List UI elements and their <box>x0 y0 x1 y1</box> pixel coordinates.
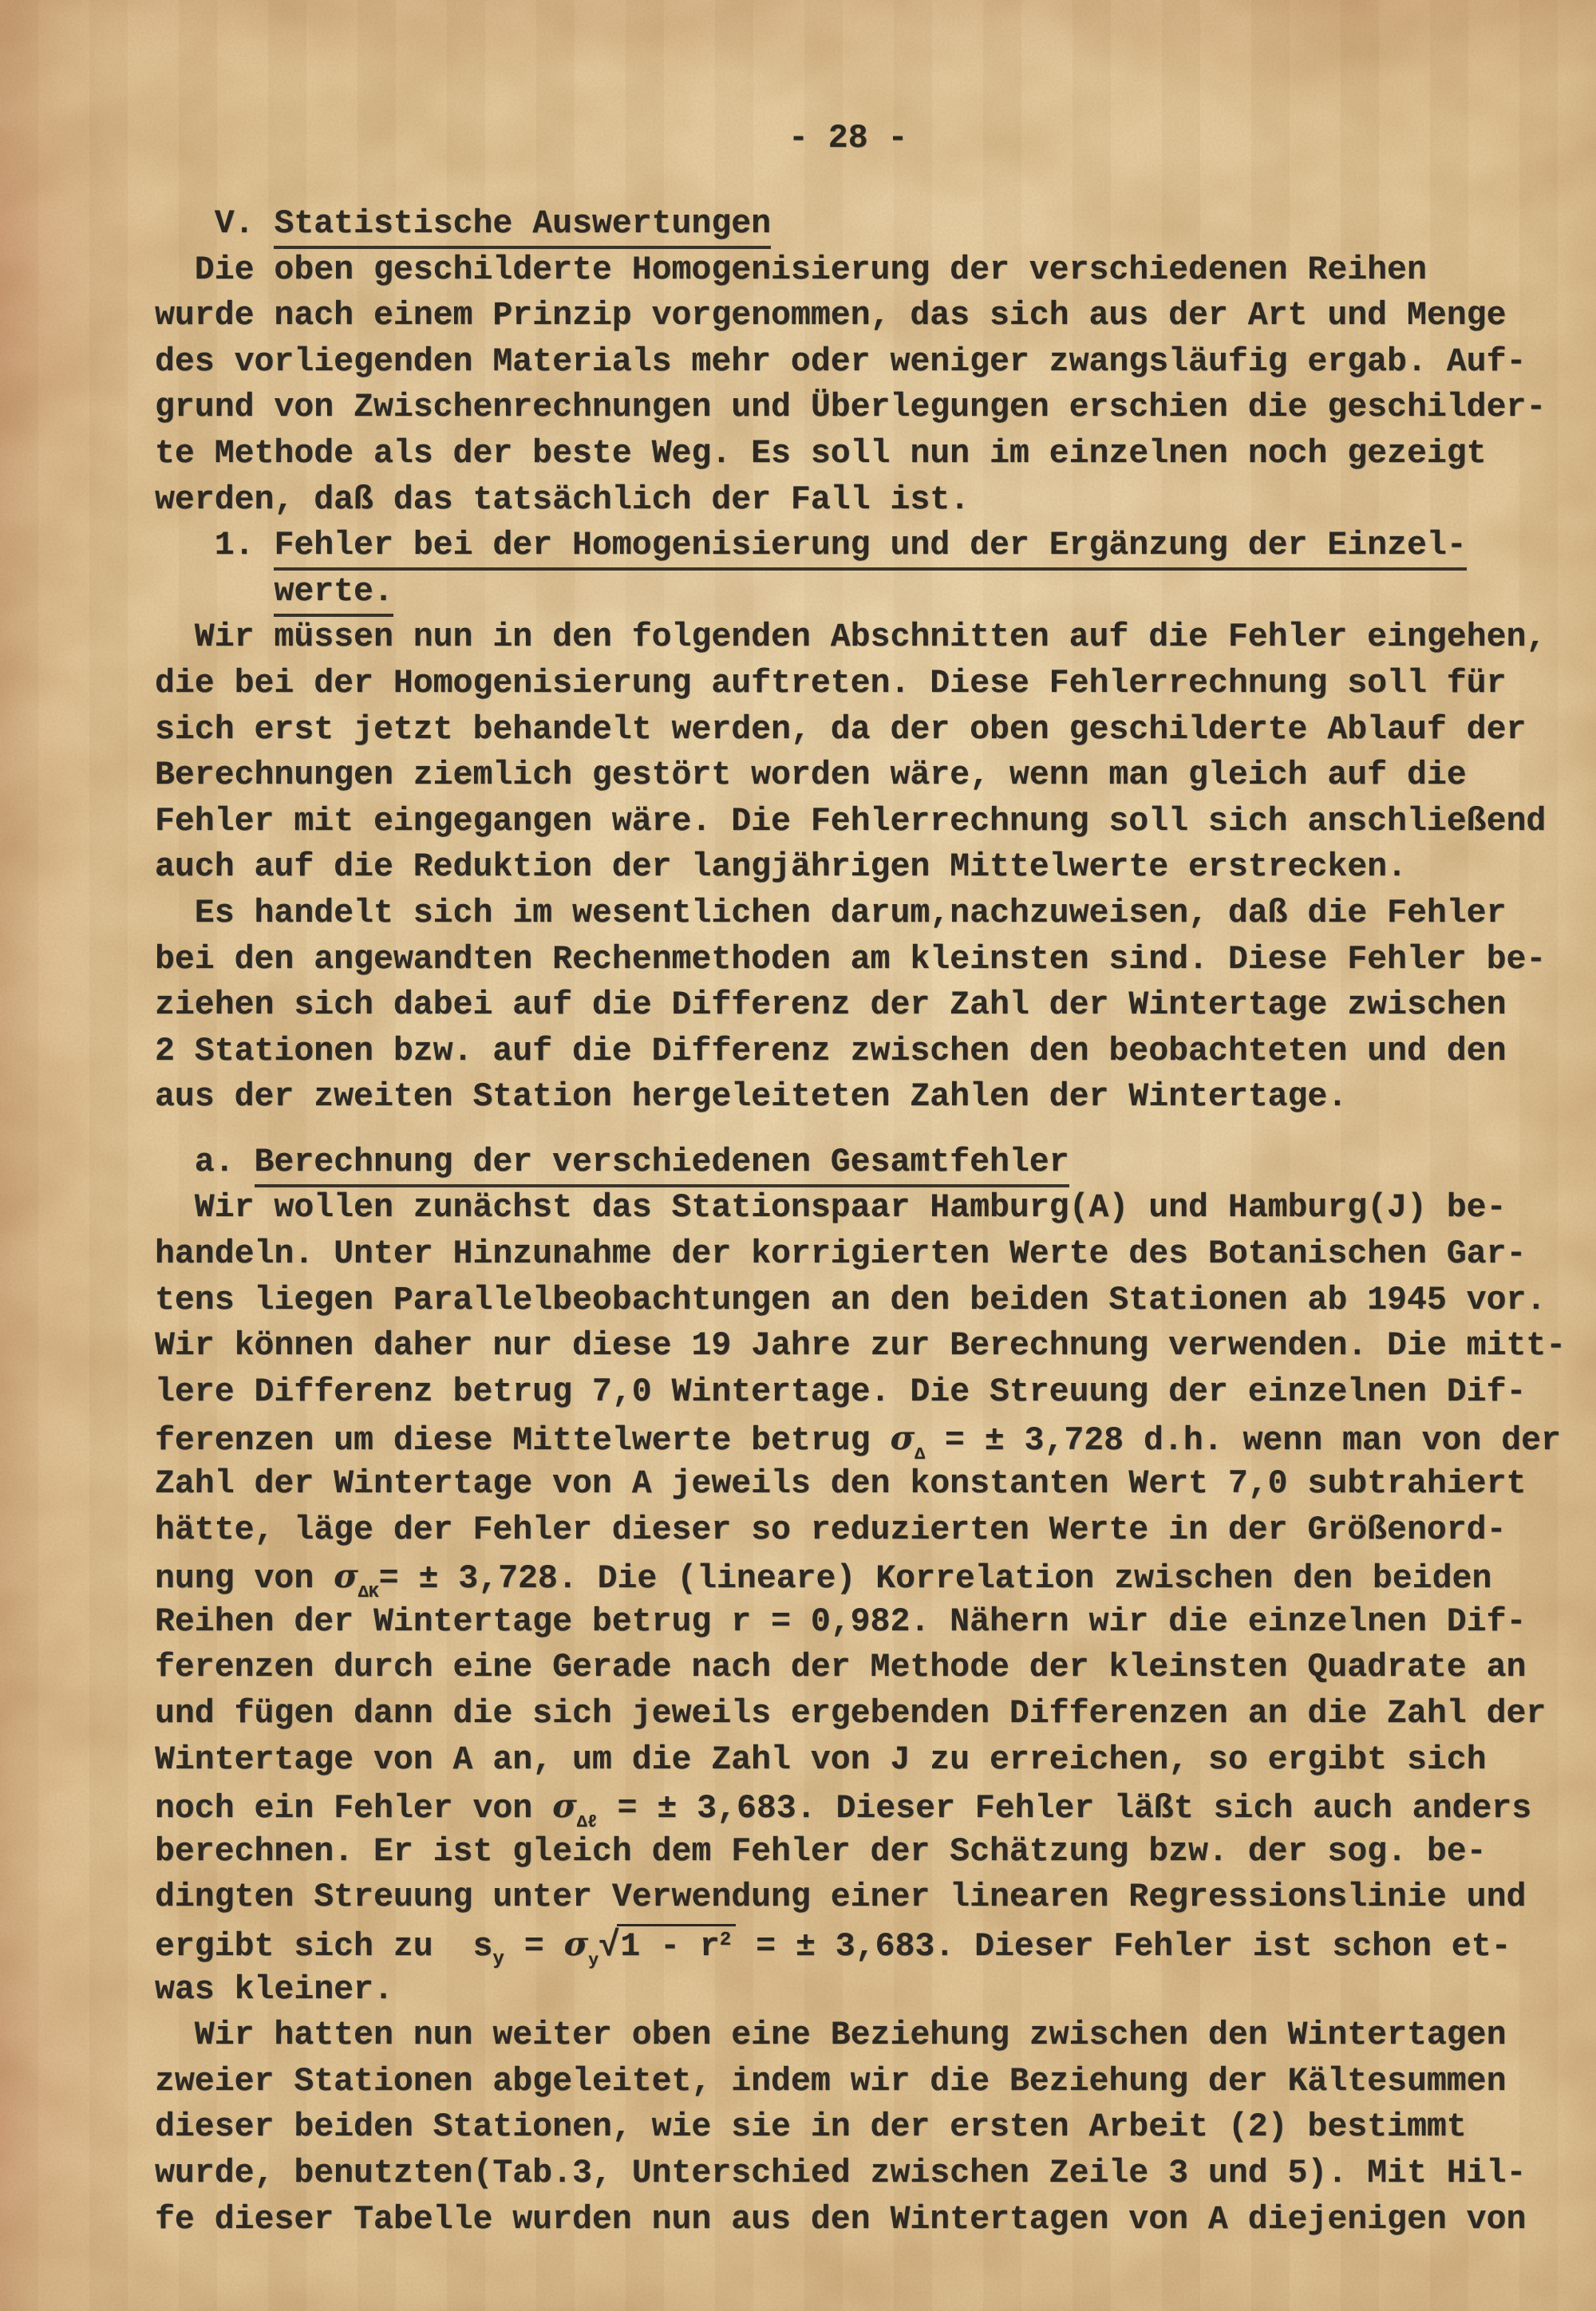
text-run: tens liegen Parallelbeobachtungen an den… <box>155 1282 1546 1319</box>
text-run: zweier Stationen abgeleitet, indem wir d… <box>155 2063 1506 2100</box>
sigma-symbol: σΔℓ <box>552 1786 598 1825</box>
text-run: Wir wollen zunächst das Stationspaar Ham… <box>155 1189 1506 1227</box>
text-run: Wir können daher nur diese 19 Jahre zur … <box>155 1327 1566 1365</box>
text-line: Wir müssen nun in den folgenden Abschnit… <box>155 614 1583 661</box>
text-run: bei den angewandten Rechenmethoden am kl… <box>155 941 1546 978</box>
text-line: Wir können daher nur diese 19 Jahre zur … <box>155 1323 1583 1369</box>
text-run: Zahl der Wintertage von A jeweils den ko… <box>155 1465 1526 1503</box>
text-run: wurde, benutzten(Tab.3, Unterschied zwis… <box>155 2155 1526 2192</box>
text-run: fe dieser Tabelle wurden nun aus den Win… <box>155 2201 1526 2238</box>
text-line: Wir hatten nun weiter oben eine Beziehun… <box>155 2013 1583 2059</box>
text-run: = ± 3,728. Die (lineare) Korrelation zwi… <box>379 1560 1492 1598</box>
text-run: auch auf die Reduktion der langjährigen … <box>155 848 1407 886</box>
document-text: V. Statistische Auswertungen Die oben ge… <box>155 201 1583 2242</box>
text-run: Berechnungen ziemlich gestört worden wär… <box>155 757 1467 794</box>
text-line: Wintertage von A an, um die Zahl von J z… <box>155 1737 1583 1784</box>
text-run: ziehen sich dabei auf die Differenz der … <box>155 986 1506 1024</box>
underlined-text: Statistische Auswertungen <box>274 205 771 249</box>
text-line: Berechnungen ziemlich gestört worden wär… <box>155 753 1583 799</box>
text-line: Fehler mit eingegangen wäre. Die Fehlerr… <box>155 799 1583 845</box>
text-run <box>155 573 274 610</box>
text-run: te Methode als der beste Weg. Es soll nu… <box>155 435 1487 472</box>
subsection-heading-a: a. Berechnung der verschiedenen Gesamtfe… <box>155 1140 1583 1186</box>
subsection-heading-1: 1. Fehler bei der Homogenisierung und de… <box>155 523 1583 569</box>
text-line: was kleiner. <box>155 1967 1583 2013</box>
text-line: 2 Stationen bzw. auf die Differenz zwisc… <box>155 1029 1583 1075</box>
text-run: sich erst jetzt behandelt werden, da der… <box>155 711 1526 749</box>
text-run: = <box>504 1928 564 1965</box>
text-line: werden, daß das tatsächlich der Fall ist… <box>155 477 1583 523</box>
text-run: handeln. Unter Hinzunahme der korrigiert… <box>155 1235 1526 1273</box>
text-line: wurde, benutzten(Tab.3, Unterschied zwis… <box>155 2151 1583 2197</box>
text-run: Fehler mit eingegangen wäre. Die Fehlerr… <box>155 803 1546 840</box>
text-run: ferenzen durch eine Gerade nach der Meth… <box>155 1649 1526 1686</box>
text-line: Zahl der Wintertage von A jeweils den ko… <box>155 1461 1583 1507</box>
sigma-glyph: σ <box>334 1556 358 1595</box>
sigma-glyph: σ <box>564 1924 589 1963</box>
text-run: aus der zweiten Station hergeleiteten Za… <box>155 1078 1347 1116</box>
text-line: werte. <box>155 569 1583 615</box>
text-run: Wir hatten nun weiter oben eine Beziehun… <box>155 2017 1506 2054</box>
text-line: dieser beiden Stationen, wie sie in der … <box>155 2104 1583 2151</box>
text-run: lere Differenz betrug 7,0 Wintertage. Di… <box>155 1373 1526 1411</box>
text-run: dieser beiden Stationen, wie sie in der … <box>155 2108 1467 2146</box>
sigma-symbol: σΔ <box>890 1418 925 1457</box>
text-run: V. <box>155 205 274 243</box>
text-line: aus der zweiten Station hergeleiteten Za… <box>155 1074 1583 1120</box>
sqrt-expression: √1 - r2 <box>598 1928 736 1965</box>
text-line: und fügen dann die sich jeweils ergebend… <box>155 1691 1583 1737</box>
text-line: sich erst jetzt behandelt werden, da der… <box>155 707 1583 753</box>
text-run: hätte, läge der Fehler dieser so reduzie… <box>155 1511 1506 1549</box>
text-line: die bei der Homogenisierung auftreten. D… <box>155 661 1583 707</box>
text-run: grund von Zwischenrechnungen und Überleg… <box>155 389 1546 426</box>
text-line: te Methode als der beste Weg. Es soll nu… <box>155 431 1583 477</box>
text-line: berechnen. Er ist gleich dem Fehler der … <box>155 1829 1583 1875</box>
sigma-subscript: y <box>588 1951 598 1970</box>
text-line: Die oben geschilderte Homogenisierung de… <box>155 247 1583 294</box>
text-line: zweier Stationen abgeleitet, indem wir d… <box>155 2059 1583 2105</box>
text-run: und fügen dann die sich jeweils ergebend… <box>155 1695 1546 1732</box>
text-line: bei den angewandten Rechenmethoden am kl… <box>155 937 1583 983</box>
text-line: fe dieser Tabelle wurden nun aus den Win… <box>155 2197 1583 2243</box>
text-run: Es handelt sich im wesentlichen darum,na… <box>155 895 1506 932</box>
text-line: ziehen sich dabei auf die Differenz der … <box>155 982 1583 1029</box>
text-run: Wintertage von A an, um die Zahl von J z… <box>155 1741 1487 1779</box>
text-line: ergibt sich zu sy = σy√1 - r2 = ± 3,683.… <box>155 1921 1583 1967</box>
text-run: berechnen. Er ist gleich dem Fehler der … <box>155 1833 1487 1871</box>
text-run: was kleiner. <box>155 1971 393 2009</box>
text-line: handeln. Unter Hinzunahme der korrigiert… <box>155 1231 1583 1278</box>
text-run: 1. <box>155 527 274 564</box>
superscript-text: 2 <box>720 1930 731 1951</box>
text-run: 2 Stationen bzw. auf die Differenz zwisc… <box>155 1033 1506 1070</box>
text-run: ergibt sich zu s <box>155 1928 492 1965</box>
text-line: tens liegen Parallelbeobachtungen an den… <box>155 1278 1583 1324</box>
text-run: Wir müssen nun in den folgenden Abschnit… <box>155 618 1546 656</box>
underlined-text: Fehler bei der Homogenisierung und der E… <box>274 527 1466 571</box>
text-run: dingten Streuung unter Verwendung einer … <box>155 1878 1526 1916</box>
text-run: ferenzen um diese Mittelwerte betrug <box>155 1422 890 1460</box>
sigma-symbol: σy <box>564 1924 599 1963</box>
text-run: die bei der Homogenisierung auftreten. D… <box>155 665 1506 702</box>
text-line: nung von σΔK= ± 3,728. Die (lineare) Kor… <box>155 1553 1583 1599</box>
text-line: hätte, läge der Fehler dieser so reduzie… <box>155 1507 1583 1554</box>
text-run: wurde nach einem Prinzip vorgenommen, da… <box>155 297 1506 334</box>
document-page: - 28 - V. Statistische Auswertungen Die … <box>0 0 1596 2311</box>
text-run: a. <box>155 1144 255 1181</box>
sigma-glyph: σ <box>890 1418 915 1457</box>
text-line: lere Differenz betrug 7,0 Wintertage. Di… <box>155 1369 1583 1416</box>
text-line: auch auf die Reduktion der langjährigen … <box>155 844 1583 891</box>
subscript-text: y <box>492 1949 504 1970</box>
text-run: Reihen der Wintertage betrug r = 0,982. … <box>155 1603 1526 1641</box>
text-line: ferenzen um diese Mittelwerte betrug σΔ … <box>155 1415 1583 1461</box>
text-line: des vorliegenden Materials mehr oder wen… <box>155 339 1583 385</box>
section-heading-v: V. Statistische Auswertungen <box>155 201 1583 247</box>
text-run: noch ein Fehler von <box>155 1790 552 1827</box>
underlined-text: werte. <box>274 573 393 617</box>
text-line: noch ein Fehler von σΔℓ = ± 3,683. Diese… <box>155 1783 1583 1829</box>
text-line: ferenzen durch eine Gerade nach der Meth… <box>155 1645 1583 1691</box>
text-line: Wir wollen zunächst das Stationspaar Ham… <box>155 1185 1583 1231</box>
text-run: = ± 3,683. Dieser Fehler ist schon et- <box>736 1928 1511 1965</box>
text-run: = ± 3,683. Dieser Fehler läßt sich auch … <box>598 1790 1532 1827</box>
text-line: grund von Zwischenrechnungen und Überleg… <box>155 385 1583 431</box>
text-run: nung von <box>155 1560 334 1598</box>
text-line: wurde nach einem Prinzip vorgenommen, da… <box>155 293 1583 339</box>
sigma-symbol: σΔK <box>334 1556 379 1595</box>
page-number: - 28 - <box>788 120 907 157</box>
underlined-text: Berechnung der verschiedenen Gesamtfehle… <box>255 1144 1069 1187</box>
text-run: werden, daß das tatsächlich der Fall ist… <box>155 481 970 519</box>
text-line: dingten Streuung unter Verwendung einer … <box>155 1874 1583 1921</box>
text-run: des vorliegenden Materials mehr oder wen… <box>155 343 1526 381</box>
sigma-glyph: σ <box>552 1786 577 1825</box>
text-line: Es handelt sich im wesentlichen darum,na… <box>155 891 1583 937</box>
text-run: = ± 3,728 d.h. wenn man von der <box>925 1422 1561 1460</box>
text-run: Die oben geschilderte Homogenisierung de… <box>155 251 1427 289</box>
radicand: 1 - r2 <box>617 1924 736 1965</box>
radical-sign: √ <box>598 1927 617 1966</box>
text-line: Reihen der Wintertage betrug r = 0,982. … <box>155 1599 1583 1645</box>
